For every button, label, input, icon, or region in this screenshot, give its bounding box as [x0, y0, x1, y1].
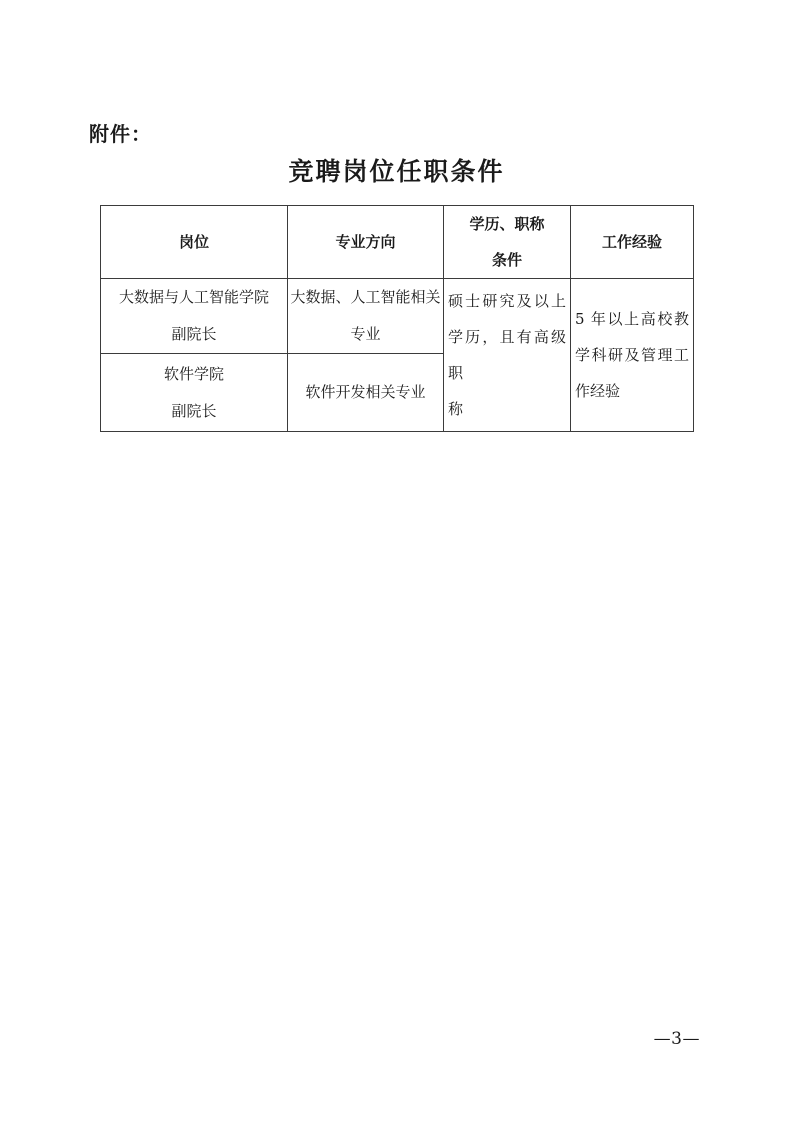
document-page: 附件： 竞聘岗位任职条件 岗位 专业方向 学历、职称 条件: [0, 0, 793, 1122]
header-qualification-line2: 条件: [444, 242, 570, 278]
cell-position-software: 软件学院 副院长: [101, 354, 288, 432]
cell-position-software-line1: 软件学院: [101, 356, 287, 393]
page-title: 竞聘岗位任职条件: [0, 152, 793, 188]
cell-position-bigdata-line1: 大数据与人工智能学院: [101, 279, 287, 316]
header-experience-label: 工作经验: [571, 224, 693, 260]
cell-major-software: 软件开发相关专业: [288, 354, 444, 432]
header-experience: 工作经验: [571, 206, 694, 279]
cell-experience-line2: 学科研及管理工: [575, 337, 689, 373]
header-position: 岗位: [101, 206, 288, 279]
cell-position-software-line2: 副院长: [101, 393, 287, 430]
position-requirements-table: 岗位 专业方向 学历、职称 条件 工作经验 大数据与人工智能学院 副院长: [100, 205, 694, 432]
cell-major-bigdata-line2: 专业: [288, 316, 443, 353]
cell-qualification-line2: 学历，且有高级职: [448, 319, 566, 391]
cell-qualification-line3: 称: [448, 391, 566, 427]
cell-position-bigdata-line2: 副院长: [101, 316, 287, 353]
cell-major-software-line1: 软件开发相关专业: [288, 374, 443, 411]
cell-position-bigdata: 大数据与人工智能学院 副院长: [101, 279, 288, 354]
header-qualification-line1: 学历、职称: [444, 206, 570, 242]
table-header-row: 岗位 专业方向 学历、职称 条件 工作经验: [101, 206, 694, 279]
cell-experience: 5 年以上高校教 学科研及管理工 作经验: [571, 279, 694, 432]
cell-major-bigdata-line1: 大数据、人工智能相关: [288, 279, 443, 316]
header-qualification: 学历、职称 条件: [444, 206, 571, 279]
header-major-label: 专业方向: [288, 224, 443, 260]
page-number: —3—: [654, 1029, 700, 1049]
header-position-label: 岗位: [101, 224, 287, 260]
table-row-bigdata-college: 大数据与人工智能学院 副院长 大数据、人工智能相关 专业 硕士研究及以上 学历，…: [101, 279, 694, 354]
cell-experience-line1: 5 年以上高校教: [575, 301, 689, 337]
cell-experience-line3: 作经验: [575, 373, 689, 409]
header-major: 专业方向: [288, 206, 444, 279]
attachment-label: 附件：: [89, 118, 152, 147]
cell-qualification: 硕士研究及以上 学历，且有高级职 称: [444, 279, 571, 432]
cell-major-bigdata: 大数据、人工智能相关 专业: [288, 279, 444, 354]
cell-qualification-line1: 硕士研究及以上: [448, 283, 566, 319]
